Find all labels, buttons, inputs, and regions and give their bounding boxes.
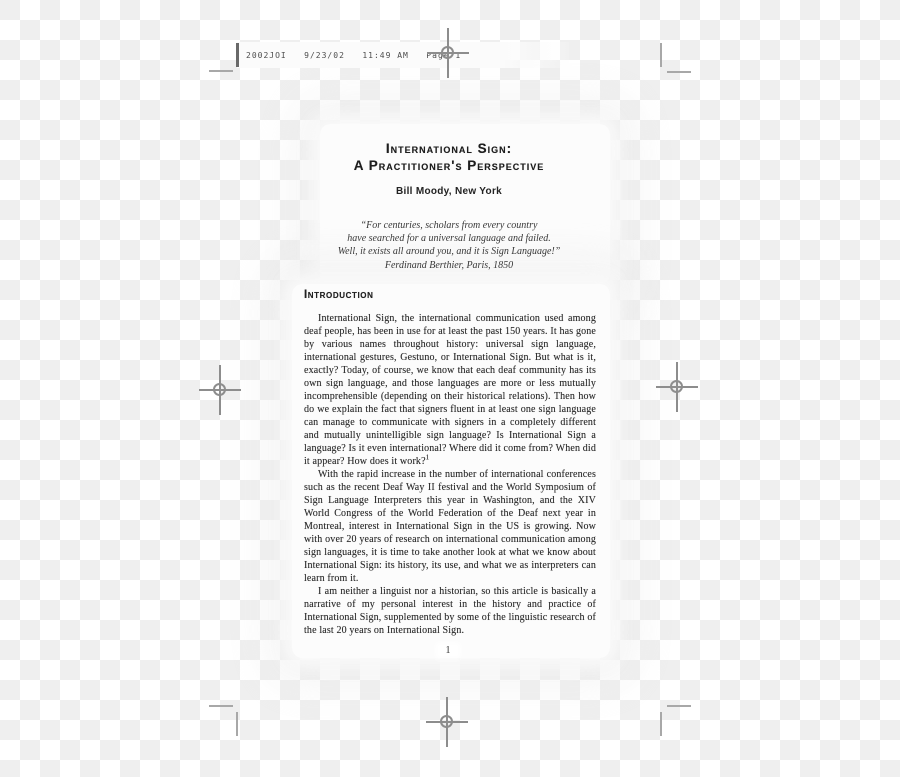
- page-number: 1: [438, 645, 458, 656]
- quote-line-2: have searched for a universal language a…: [303, 232, 595, 245]
- crop-mark-top-left-h: [209, 70, 233, 72]
- article-author: Bill Moody, New York: [308, 186, 590, 197]
- registration-circle: [213, 383, 226, 396]
- section-heading-introduction: Introduction: [304, 289, 374, 301]
- registration-circle: [670, 380, 683, 393]
- article-body: International Sign, the international co…: [304, 312, 596, 637]
- quote-line-3: Well, it exists all around you, and it i…: [303, 245, 595, 258]
- registration-circle: [440, 715, 453, 728]
- quote-attribution: Ferdinand Berthier, Paris, 1850: [303, 259, 595, 272]
- registration-mark-top-icon: [423, 28, 473, 78]
- article-title-block: International Sign: A Practitioner's Per…: [308, 140, 590, 197]
- registration-mark-left-icon: [195, 365, 245, 415]
- crop-mark-bottom-right-v: [660, 712, 662, 736]
- article-paragraph-1: International Sign, the international co…: [304, 312, 596, 468]
- article-title-line2: A Practitioner's Perspective: [308, 157, 590, 174]
- registration-mark-right-icon: [652, 362, 702, 412]
- quote-line-1: “For centuries, scholars from every coun…: [303, 219, 595, 232]
- footnote-reference: 1: [426, 454, 430, 462]
- paragraph-1-text: International Sign, the international co…: [304, 313, 596, 467]
- crop-mark-bottom-right-h: [667, 705, 691, 707]
- registration-mark-bottom-icon: [422, 697, 472, 747]
- article-paragraph-2: With the rapid increase in the number of…: [304, 468, 596, 585]
- crop-mark-top-right-v: [660, 43, 662, 67]
- crop-mark-bottom-left-v: [236, 712, 238, 736]
- article-title-line1: International Sign:: [308, 140, 590, 157]
- epigraph-quote: “For centuries, scholars from every coun…: [303, 219, 595, 272]
- print-header-strip: 2002JOI 9/23/02 11:49 AM Page 1: [237, 42, 569, 68]
- crop-mark-top-right-h: [667, 71, 691, 73]
- print-header-edge-bar: [236, 43, 239, 67]
- registration-circle: [441, 46, 454, 59]
- crop-mark-bottom-left-h: [209, 705, 233, 707]
- checkerboard-background: { "print_header": { "stamp": "2002JOI 9/…: [0, 0, 900, 777]
- article-paragraph-3: I am neither a linguist nor a historian,…: [304, 585, 596, 637]
